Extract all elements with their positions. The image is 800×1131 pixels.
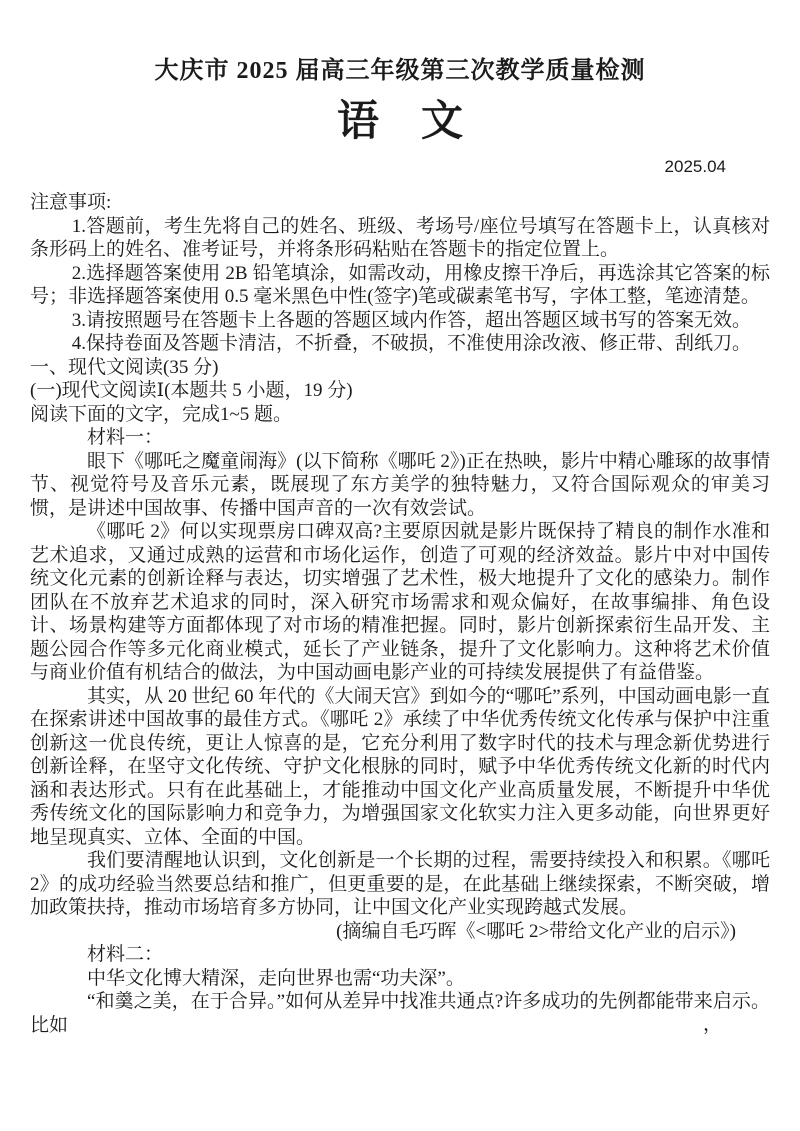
subject-title: 语 文	[30, 96, 770, 148]
material-two-last-paragraph-wrap: “和羹之美，在于合异。”如何从差异中找准共通点?许多成功的先例都能带来启示。比如…	[30, 990, 770, 1037]
reading-instruction: 阅读下面的文字，完成1~5 题。	[30, 403, 770, 427]
notice-item: 2.选择题答案使用 2B 铅笔填涂，如需改动，用橡皮擦干净后，再选涂其它答案的标…	[30, 262, 770, 309]
notice-item: 1.答题前，考生先将自己的姓名、班级、考场号/座位号填写在答题卡上，认真核对条形…	[30, 215, 770, 262]
material-two-label: 材料二：	[30, 943, 770, 967]
notice-item: 4.保持卷面及答题卡清洁，不折叠，不破损，不准使用涂改液、修正带、刮纸刀。	[30, 332, 770, 356]
trailing-comma: ，	[703, 1013, 722, 1037]
exam-paper-page: 大庆市 2025 届高三年级第三次教学质量检测 语 文 2025.04 注意事项…	[0, 0, 800, 1131]
subsection-heading: (一)现代文阅读Ⅰ(本题共 5 小题，19 分)	[30, 379, 770, 403]
material-one-paragraph: 眼下《哪吒之魔童闹海》(以下简称《哪吒 2》)正在热映，影片中精心雕琢的故事情节…	[30, 450, 770, 521]
exam-title: 大庆市 2025 届高三年级第三次教学质量检测	[30, 56, 770, 86]
section-heading: 一、现代文阅读(35 分)	[30, 356, 770, 380]
material-one-attribution: (摘编自毛巧晖《<哪吒 2>带给文化产业的启示》)	[30, 920, 770, 944]
material-one-label: 材料一：	[30, 426, 770, 450]
exam-date: 2025.04	[30, 156, 770, 178]
material-one-paragraph: 其实，从 20 世纪 60 年代的《大闹天宫》到如今的“哪吒”系列，中国动画电影…	[30, 685, 770, 850]
notice-item: 3.请按照题号在答题卡上各题的答题区域内作答，超出答题区域书写的答案无效。	[30, 309, 770, 333]
notice-heading: 注意事项:	[30, 191, 770, 215]
material-two-paragraph: “和羹之美，在于合异。”如何从差异中找准共通点?许多成功的先例都能带来启示。比如	[30, 990, 770, 1037]
material-one-paragraph: 我们要清醒地认识到，文化创新是一个长期的过程，需要持续投入和积累。《哪吒 2》的…	[30, 849, 770, 920]
material-one-paragraph: 《哪吒 2》何以实现票房口碑双高?主要原因就是影片既保持了精良的制作水准和艺术追…	[30, 520, 770, 685]
material-two-paragraph: 中华文化博大精深，走向世界也需“功夫深”。	[30, 967, 770, 991]
